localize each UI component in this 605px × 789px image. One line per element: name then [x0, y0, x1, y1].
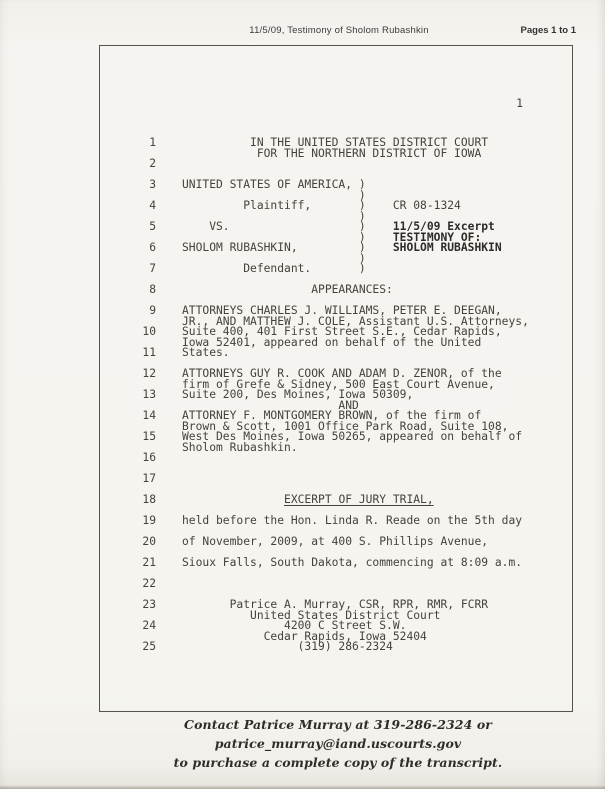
line-text-underlined: EXCERPT OF JURY TRIAL,	[284, 493, 434, 506]
line-number: 13	[100, 390, 156, 401]
transcript-row: 20of November, 2009, at 400 S. Phillips …	[100, 537, 572, 548]
transcript-row: 17	[100, 474, 572, 485]
line-text: (319) 286-2324	[182, 640, 393, 653]
screenshot-root: { "header": { "title": "11/5/09, Testimo…	[0, 0, 605, 789]
transcript-border-box: 1 1 IN THE UNITED STATES DISTRICT COURT …	[99, 45, 573, 712]
header-title: 11/5/09, Testimony of Sholom Rubashkin	[249, 25, 428, 36]
line-number: 9	[100, 306, 156, 317]
transcript-row: 19held before the Hon. Linda R. Reade on…	[100, 516, 572, 527]
line-number: 18	[100, 495, 156, 506]
transcript-row: 18 EXCERPT OF JURY TRIAL,	[100, 495, 572, 506]
line-number: 17	[100, 474, 156, 485]
line-text: Sioux Falls, South Dakota, commencing at…	[182, 556, 522, 569]
line-number: 16	[100, 453, 156, 464]
footer-purchase-line: to purchase a complete copy of the trans…	[60, 753, 605, 772]
line-number: 4	[100, 201, 156, 212]
line-text: Defendant. )	[182, 262, 366, 275]
page-number: 1	[516, 96, 523, 110]
line-number: 22	[100, 579, 156, 590]
line-number: 25	[100, 642, 156, 653]
line-text: FOR THE NORTHERN DISTRICT OF IOWA	[182, 147, 481, 160]
line-number: 14	[100, 411, 156, 422]
transcript-body: 1 IN THE UNITED STATES DISTRICT COURT FO…	[100, 138, 572, 653]
transcript-row: 25 (319) 286-2324	[100, 642, 572, 653]
transcript-row: 7 Defendant. )	[100, 264, 572, 275]
line-number: 24	[100, 621, 156, 632]
transcript-row: Iowa 52401, appeared on behalf of the Un…	[100, 338, 572, 349]
line-text: held before the Hon. Linda R. Reade on t…	[182, 514, 522, 527]
transcript-row: 2	[100, 159, 572, 170]
line-number: 19	[100, 516, 156, 527]
line-number: 1	[100, 138, 156, 149]
line-text: APPEARANCES:	[182, 283, 393, 296]
line-number: 20	[100, 537, 156, 548]
transcript-row: 11States.	[100, 348, 572, 359]
transcript-row: 21Sioux Falls, South Dakota, commencing …	[100, 558, 572, 569]
line-number: 7	[100, 264, 156, 275]
line-number: 3	[100, 180, 156, 191]
transcript-row: 8 APPEARANCES:	[100, 285, 572, 296]
line-number: 15	[100, 432, 156, 443]
line-number: 5	[100, 222, 156, 233]
line-text: States.	[182, 346, 230, 359]
transcript-row: 22	[100, 579, 572, 590]
transcript-row	[100, 464, 572, 475]
footer-contact-line: Contact Patrice Murray at 319-286-2324 o…	[60, 715, 605, 753]
header-page-range: Pages 1 to 1	[521, 25, 576, 36]
scan-edge	[0, 785, 605, 789]
line-number: 6	[100, 243, 156, 254]
line-text	[182, 493, 284, 506]
transcript-row: Sholom Rubashkin.	[100, 443, 572, 454]
line-number: 11	[100, 348, 156, 359]
line-text: of November, 2009, at 400 S. Phillips Av…	[182, 535, 488, 548]
line-number: 8	[100, 285, 156, 296]
transcript-row: 15West Des Moines, Iowa 50265, appeared …	[100, 432, 572, 443]
transcript-row	[100, 569, 572, 580]
line-number: 12	[100, 369, 156, 380]
scanned-page: 11/5/09, Testimony of Sholom Rubashkin P…	[0, 0, 605, 789]
transcript-row: FOR THE NORTHERN DISTRICT OF IOWA	[100, 149, 572, 160]
line-number: 10	[100, 327, 156, 338]
line-number: 2	[100, 159, 156, 170]
footer-note: Contact Patrice Murray at 319-286-2324 o…	[60, 715, 605, 772]
line-number: 21	[100, 558, 156, 569]
line-text-bold: SHOLOM RUBASHKIN	[393, 241, 502, 254]
transcript-row: 16	[100, 453, 572, 464]
line-number: 23	[100, 600, 156, 611]
line-text: Sholom Rubashkin.	[182, 441, 298, 454]
